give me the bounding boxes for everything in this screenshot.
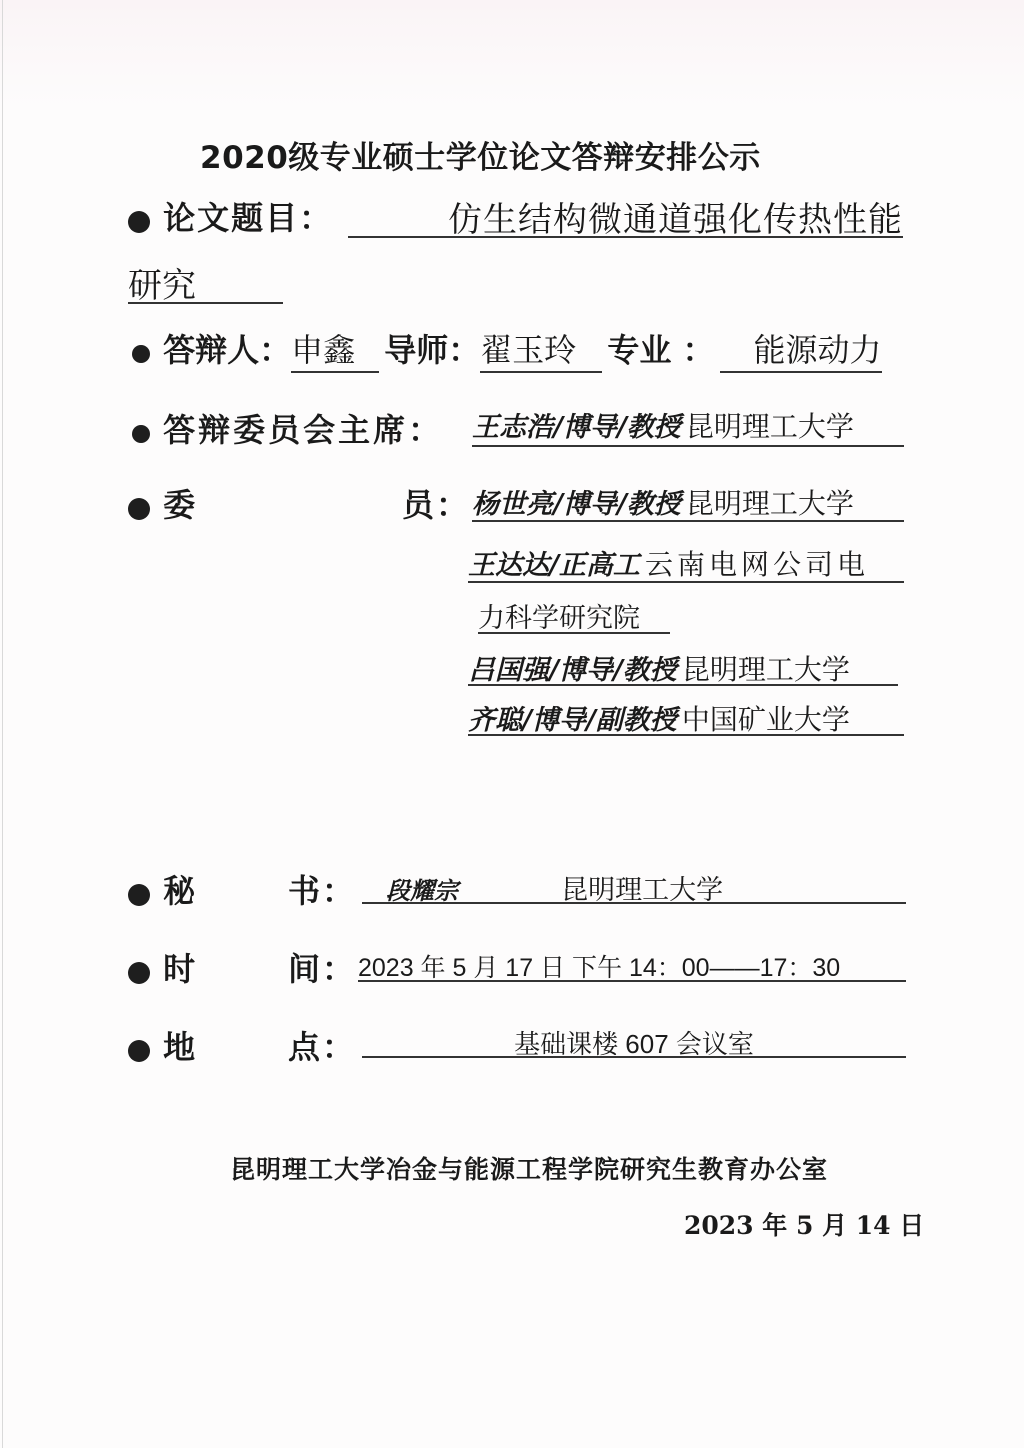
bullet-icon (128, 962, 150, 984)
thesis-label: 论文题目： (163, 199, 333, 237)
bullet-icon (128, 1040, 150, 1062)
members-label-left: 委 (128, 480, 197, 526)
page-edge (2, 0, 3, 1448)
place-label-left: 地 (128, 1022, 197, 1068)
bullet-icon (132, 345, 150, 363)
time-label-left: 时 (128, 944, 197, 990)
issuing-office: 昆明理工大学冶金与能源工程学院研究生教育办公室 (230, 1150, 828, 1186)
bullet-icon (128, 211, 150, 233)
member-item-continued: 力科学研究院 (478, 596, 670, 634)
defender-row: 答辩人：申鑫 导师：翟玉玲 专业 ： 能源动力 (132, 325, 882, 373)
defender-name: 申鑫 (291, 325, 379, 373)
member-item: 齐聪/博导/副教授 中国矿业大学 (468, 698, 904, 736)
member-item: 杨世亮/博导/教授 昆明理工大学 (472, 482, 904, 522)
secretary-label-right: 书： (288, 866, 356, 912)
chair-value: 王志浩/博导/教授 昆明理工大学 (472, 405, 904, 447)
major-value: 能源动力 (720, 325, 882, 373)
bullet-icon (132, 425, 150, 443)
member-item: 王达达/正高工 云南电网公司电 (468, 543, 904, 583)
member-item: 吕国强/博导/教授 昆明理工大学 (468, 648, 898, 686)
scan-shade (0, 0, 1024, 110)
advisor-name: 翟玉玲 (480, 325, 602, 373)
bullet-icon (128, 498, 150, 520)
members-label-right: 员： (402, 480, 470, 526)
secretary-label-left: 秘 (128, 866, 197, 912)
page-title: 2020级专业硕士学位论文答辩安排公示 (200, 132, 761, 177)
issue-date: 2023 年 5 月 14 日 (684, 1206, 924, 1242)
time-value: 2023 年 5 月 17 日 下午 14：00——17：30 (358, 948, 906, 982)
thesis-row: 论文题目： (128, 193, 333, 239)
time-label-right: 间： (288, 944, 356, 990)
thesis-title-line1: 仿生结构微通道强化传热性能 (348, 192, 903, 238)
chair-row: 答辩委员会主席： (132, 405, 443, 451)
place-value: 基础课楼 607 会议室 (362, 1024, 906, 1058)
place-label-right: 点： (288, 1022, 356, 1068)
secretary-value: 段耀宗 昆明理工大学 (362, 868, 906, 904)
thesis-title-line2: 研究 (128, 258, 283, 304)
bullet-icon (128, 884, 150, 906)
